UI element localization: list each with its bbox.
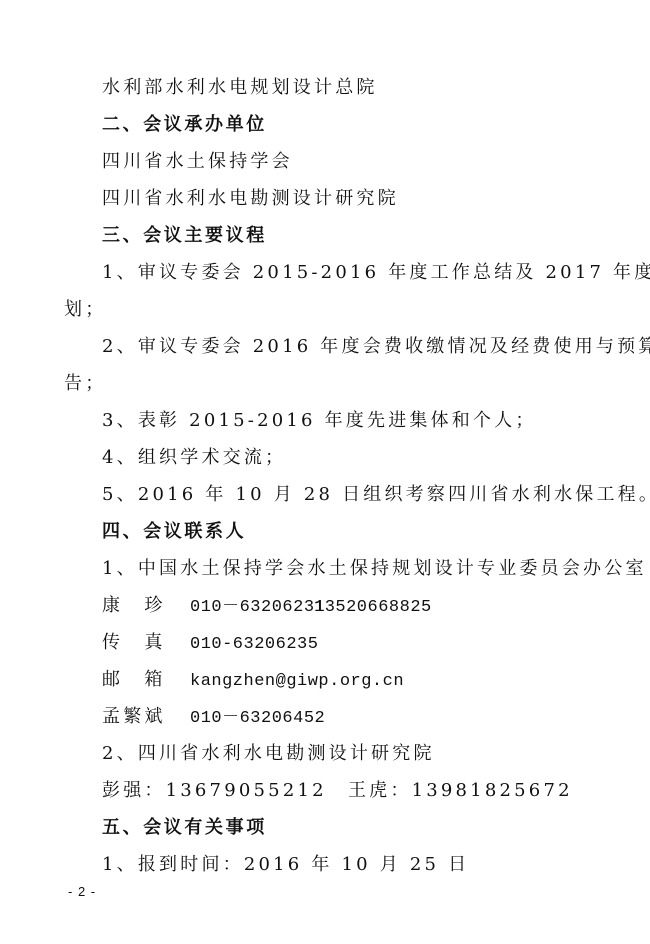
contact-org-2: 2、四川省水利水电勘测设计研究院 (102, 742, 435, 766)
contact-people-2: 彭强：13679055212 王虎：13981825672 (102, 779, 573, 803)
contact-phone: 010－63206452 (190, 707, 325, 731)
section-heading-3: 三、会议主要议程 (102, 224, 267, 248)
registration-time: 1、报到时间：2016 年 10 月 25 日 (102, 853, 469, 877)
contact-mobile: 13520668825 (314, 596, 432, 620)
contact-row: 传 真010-63206235 (102, 631, 318, 657)
agenda-item-3: 3、表彰 2015-2016 年度先进集体和个人； (102, 409, 537, 433)
contact-label: 邮 箱 (102, 668, 190, 692)
contact-row: 孟繁斌010－63206452 (102, 705, 325, 731)
contact-org-1: 1、中国水土保持学会水土保持规划设计专业委员会办公室 (102, 557, 647, 581)
page-number: - 2 - (68, 884, 96, 899)
contact-row: 邮 箱kangzhen@giwp.org.cn (102, 668, 404, 694)
contact-phone: 010－63206231 (190, 596, 314, 620)
agenda-item-4: 4、组织学术交流； (102, 446, 286, 470)
contact-label: 康 珍 (102, 594, 190, 618)
host-org-1: 四川省水土保持学会 (102, 150, 293, 174)
contact-label: 孟繁斌 (102, 705, 190, 729)
contact-fax: 010-63206235 (190, 633, 318, 657)
organizer-line: 水利部水利水电规划设计总院 (102, 76, 378, 100)
agenda-item-2-cont: 告； (64, 372, 106, 396)
contact-row: 康 珍010－6320623113520668825 (102, 594, 432, 620)
contact-email[interactable]: kangzhen@giwp.org.cn (190, 670, 404, 694)
agenda-item-1: 1、审议专委会 2015-2016 年度工作总结及 2017 年度工作计 (102, 261, 650, 285)
agenda-item-2: 2、审议专委会 2016 年度会费收缴情况及经费使用与预算报 (102, 335, 650, 359)
agenda-item-1-cont: 划； (64, 298, 106, 322)
section-heading-4: 四、会议联系人 (102, 520, 246, 544)
host-org-2: 四川省水利水电勘测设计研究院 (102, 187, 399, 211)
contact-label: 传 真 (102, 631, 190, 655)
agenda-item-5: 5、2016 年 10 月 28 日组织考察四川省水利水保工程。 (102, 483, 650, 507)
section-heading-5: 五、会议有关事项 (102, 816, 267, 840)
section-heading-2: 二、会议承办单位 (102, 113, 267, 137)
